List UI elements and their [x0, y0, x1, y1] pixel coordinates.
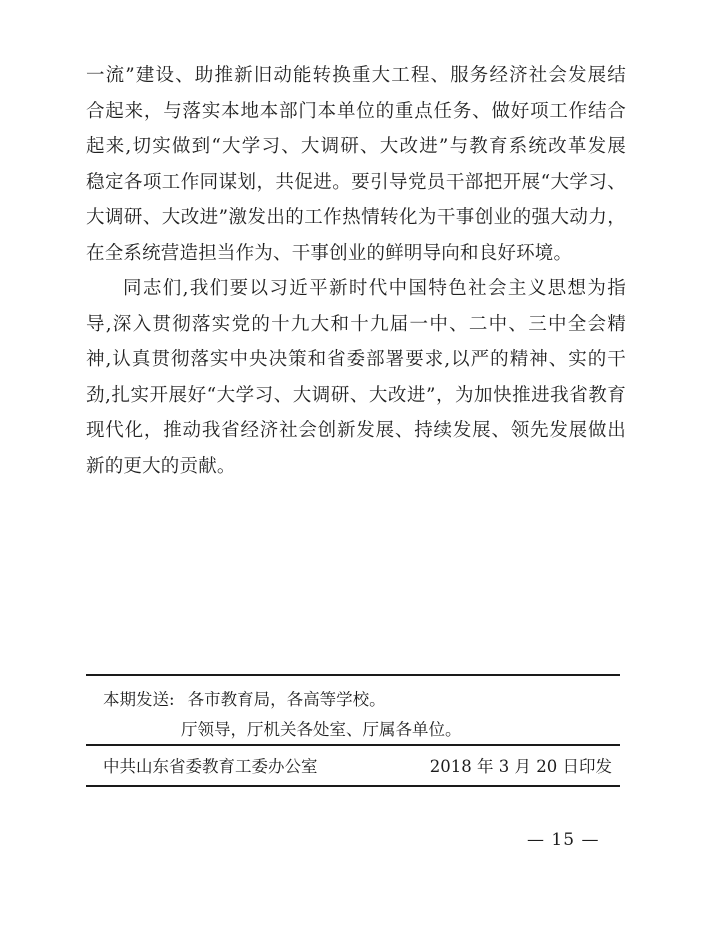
issuer-row: 中共山东省委教育工委办公室 2018 年 3 月 20 日印发 — [103, 754, 612, 780]
distribution-recipients-line1: 各市教育局，各高等学校。 — [188, 687, 386, 713]
distribution-recipients-line2: 厅领导，厅机关各处室、厅属各单位。 — [181, 717, 462, 743]
body-line: 神,认真贯彻落实中央决策和省委部署要求,以严的精神、实的干 — [86, 342, 626, 378]
print-date: 2018 年 3 月 20 日印发 — [430, 754, 612, 780]
issuer-name: 中共山东省委教育工委办公室 — [103, 754, 318, 780]
body-line: 稳定各项工作同谋划，共促进。要引导党员干部把开展“大学习、 — [86, 165, 626, 201]
separator-rule-bottom — [86, 785, 620, 787]
body-line: 新的更大的贡献。 — [86, 449, 626, 485]
paragraph-1: 一流”建设、助推新旧动能转换重大工程、服务经济社会发展结 合起来，与落实本地本部… — [86, 58, 626, 271]
body-line: 在全系统营造担当作为、干事创业的鲜明导向和良好环境。 — [86, 236, 626, 272]
body-line: 劲,扎实开展好“大学习、大调研、大改进”，为加快推进我省教育 — [86, 378, 626, 414]
separator-rule-top — [86, 674, 620, 676]
body-line: 现代化，推动我省经济社会创新发展、持续发展、领先发展做出 — [86, 413, 626, 449]
body-line: 导,深入贯彻落实党的十九大和十九届一中、二中、三中全会精 — [86, 307, 626, 343]
document-body: 一流”建设、助推新旧动能转换重大工程、服务经济社会发展结 合起来，与落实本地本部… — [86, 58, 626, 484]
document-page: 一流”建设、助推新旧动能转换重大工程、服务经济社会发展结 合起来，与落实本地本部… — [0, 0, 708, 938]
body-line: 大调研、大改进”激发出的工作热情转化为干事创业的强大动力， — [86, 200, 626, 236]
body-line: 同志们,我们要以习近平新时代中国特色社会主义思想为指 — [86, 271, 626, 307]
distribution-label: 本期发送: — [103, 687, 175, 713]
separator-rule-middle — [86, 744, 620, 746]
paragraph-2: 同志们,我们要以习近平新时代中国特色社会主义思想为指 导,深入贯彻落实党的十九大… — [86, 271, 626, 484]
body-line: 合起来，与落实本地本部门本单位的重点任务、做好项工作结合 — [86, 94, 626, 130]
body-line: 起来,切实做到“大学习、大调研、大改进”与教育系统改革发展 — [86, 129, 626, 165]
distribution-row: 本期发送: 各市教育局，各高等学校。 — [103, 687, 386, 713]
page-number: — 15 — — [527, 830, 599, 850]
body-line: 一流”建设、助推新旧动能转换重大工程、服务经济社会发展结 — [86, 58, 626, 94]
